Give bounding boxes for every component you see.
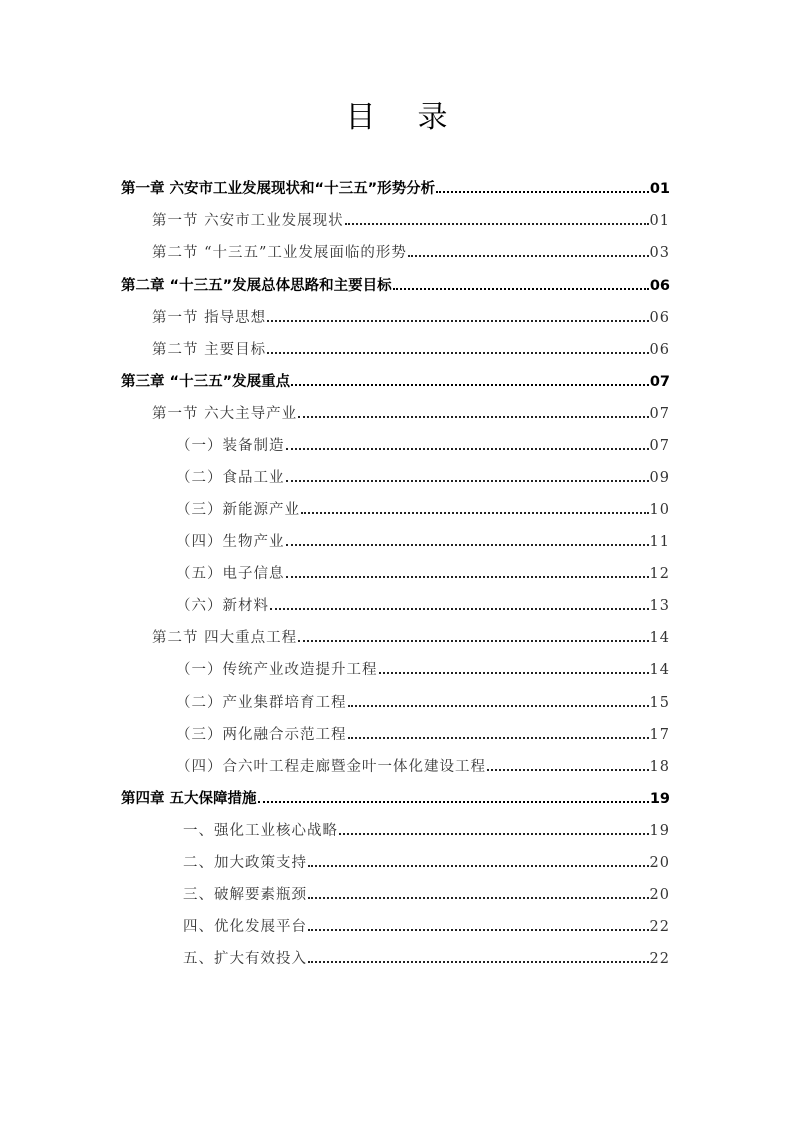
dot-leader <box>258 787 649 811</box>
toc-page-number: 01 <box>650 209 670 233</box>
toc-entry-measure[interactable]: 五、扩大有效投入 22 <box>183 947 670 971</box>
dot-leader <box>408 241 649 265</box>
page-title: 目录 <box>0 98 793 138</box>
toc-page-number: 15 <box>650 691 670 715</box>
toc-entry-item[interactable]: （四）合六叶工程走廊暨金叶一体化建设工程 18 <box>176 755 670 779</box>
toc-entry-section[interactable]: 第一节 六大主导产业 07 <box>152 402 670 426</box>
toc-label: 第二节 “十三五”工业发展面临的形势 <box>152 241 407 265</box>
toc-page-number: 22 <box>650 915 670 939</box>
toc-page-number: 07 <box>650 370 670 394</box>
dot-leader <box>286 434 649 458</box>
toc-entry-item[interactable]: （六）新材料 13 <box>176 594 670 618</box>
toc-label: 第四章 五大保障措施 <box>121 787 257 811</box>
toc-label: （一）装备制造 <box>176 434 285 458</box>
dot-leader <box>379 658 649 682</box>
toc-page-number: 09 <box>650 466 670 490</box>
toc-label: 第二节 主要目标 <box>152 338 266 362</box>
toc-label: （一）传统产业改造提升工程 <box>176 658 378 682</box>
toc-entry-item[interactable]: （五）电子信息 12 <box>176 562 670 586</box>
toc-label: （三）两化融合示范工程 <box>176 723 347 747</box>
toc-page-number: 11 <box>650 530 670 554</box>
toc-page-number: 07 <box>650 402 670 426</box>
toc-page-number: 14 <box>650 626 670 650</box>
toc-entry-item[interactable]: （三）新能源产业 10 <box>176 498 670 522</box>
toc-label: 四、优化发展平台 <box>183 915 307 939</box>
dot-leader <box>308 915 649 939</box>
toc-entry-chapter-3[interactable]: 第三章 “十三五”发展重点 07 <box>121 370 670 394</box>
toc-label: （四）合六叶工程走廊暨金叶一体化建设工程 <box>176 755 486 779</box>
toc-page-number: 06 <box>650 274 670 298</box>
toc-entry-item[interactable]: （四）生物产业 11 <box>176 530 670 554</box>
dot-leader <box>348 691 649 715</box>
toc-label: （三）新能源产业 <box>176 498 300 522</box>
toc-page-number: 03 <box>650 241 670 265</box>
dot-leader <box>308 947 649 971</box>
toc-page-number: 20 <box>650 883 670 907</box>
toc-entry-measure[interactable]: 一、强化工业核心战略 19 <box>183 819 670 843</box>
toc-entry-item[interactable]: （三）两化融合示范工程 17 <box>176 723 670 747</box>
toc-entry-item[interactable]: （二）食品工业 09 <box>176 466 670 490</box>
toc-entry-section[interactable]: 第二节 “十三五”工业发展面临的形势 03 <box>152 241 670 265</box>
dot-leader <box>267 306 648 330</box>
toc-label: 第一节 六安市工业发展现状 <box>152 209 344 233</box>
toc-page-number: 01 <box>650 177 670 201</box>
toc-label: 第一节 六大主导产业 <box>152 402 297 426</box>
dot-leader <box>267 338 648 362</box>
dot-leader <box>345 209 649 233</box>
toc-label: 第一章 六安市工业发展现状和“十三五”形势分析 <box>121 177 435 201</box>
dot-leader <box>339 819 649 843</box>
dot-leader <box>348 723 649 747</box>
dot-leader <box>487 755 649 779</box>
toc-entry-section[interactable]: 第二节 四大重点工程 14 <box>152 626 670 650</box>
toc-entry-chapter-4[interactable]: 第四章 五大保障措施 19 <box>121 787 670 811</box>
toc-page-number: 06 <box>650 338 670 362</box>
toc-label: 第二节 四大重点工程 <box>152 626 297 650</box>
toc-page-number: 12 <box>650 562 670 586</box>
toc-label: （四）生物产业 <box>176 530 285 554</box>
dot-leader <box>308 851 649 875</box>
toc-label: 第三章 “十三五”发展重点 <box>121 370 290 394</box>
toc-entry-section[interactable]: 第二节 主要目标 06 <box>152 338 670 362</box>
toc-entry-item[interactable]: （一）传统产业改造提升工程 14 <box>176 658 670 682</box>
toc-page-number: 13 <box>650 594 670 618</box>
toc-label: （二）食品工业 <box>176 466 285 490</box>
dot-leader <box>286 530 649 554</box>
dot-leader <box>308 883 649 907</box>
toc-entry-measure[interactable]: 三、破解要素瓶颈 20 <box>183 883 670 907</box>
dot-leader <box>298 626 648 650</box>
toc-entry-item[interactable]: （一）装备制造 07 <box>176 434 670 458</box>
toc-page-number: 19 <box>650 819 670 843</box>
toc-page-number: 10 <box>650 498 670 522</box>
toc-entry-section[interactable]: 第一节 指导思想 06 <box>152 306 670 330</box>
toc-page-number: 19 <box>650 787 670 811</box>
dot-leader <box>270 594 649 618</box>
toc-page-number: 20 <box>650 851 670 875</box>
dot-leader <box>286 562 649 586</box>
toc-label: （五）电子信息 <box>176 562 285 586</box>
toc-page-number: 06 <box>650 306 670 330</box>
toc-page-number: 07 <box>650 434 670 458</box>
toc-entry-section[interactable]: 第一节 六安市工业发展现状 01 <box>152 209 670 233</box>
dot-leader <box>298 402 648 426</box>
toc-entry-measure[interactable]: 四、优化发展平台 22 <box>183 915 670 939</box>
toc-page-number: 14 <box>650 658 670 682</box>
toc-page-number: 17 <box>650 723 670 747</box>
toc-label: 一、强化工业核心战略 <box>183 819 338 843</box>
dot-leader <box>286 466 649 490</box>
dot-leader <box>301 498 649 522</box>
toc-page-number: 18 <box>650 755 670 779</box>
toc-entry-measure[interactable]: 二、加大政策支持 20 <box>183 851 670 875</box>
toc-entry-item[interactable]: （二）产业集群培育工程 15 <box>176 691 670 715</box>
toc-entry-chapter-1[interactable]: 第一章 六安市工业发展现状和“十三五”形势分析 01 <box>121 177 670 201</box>
toc-page-number: 22 <box>650 947 670 971</box>
toc-label: （六）新材料 <box>176 594 269 618</box>
toc-label: 三、破解要素瓶颈 <box>183 883 307 907</box>
dot-leader <box>436 177 649 201</box>
dot-leader <box>393 274 649 298</box>
toc-label: 五、扩大有效投入 <box>183 947 307 971</box>
toc-label: 二、加大政策支持 <box>183 851 307 875</box>
toc-label: （二）产业集群培育工程 <box>176 691 347 715</box>
toc-label: 第一节 指导思想 <box>152 306 266 330</box>
toc-label: 第二章 “十三五”发展总体思路和主要目标 <box>121 274 392 298</box>
toc-entry-chapter-2[interactable]: 第二章 “十三五”发展总体思路和主要目标 06 <box>121 274 670 298</box>
dot-leader <box>291 370 649 394</box>
